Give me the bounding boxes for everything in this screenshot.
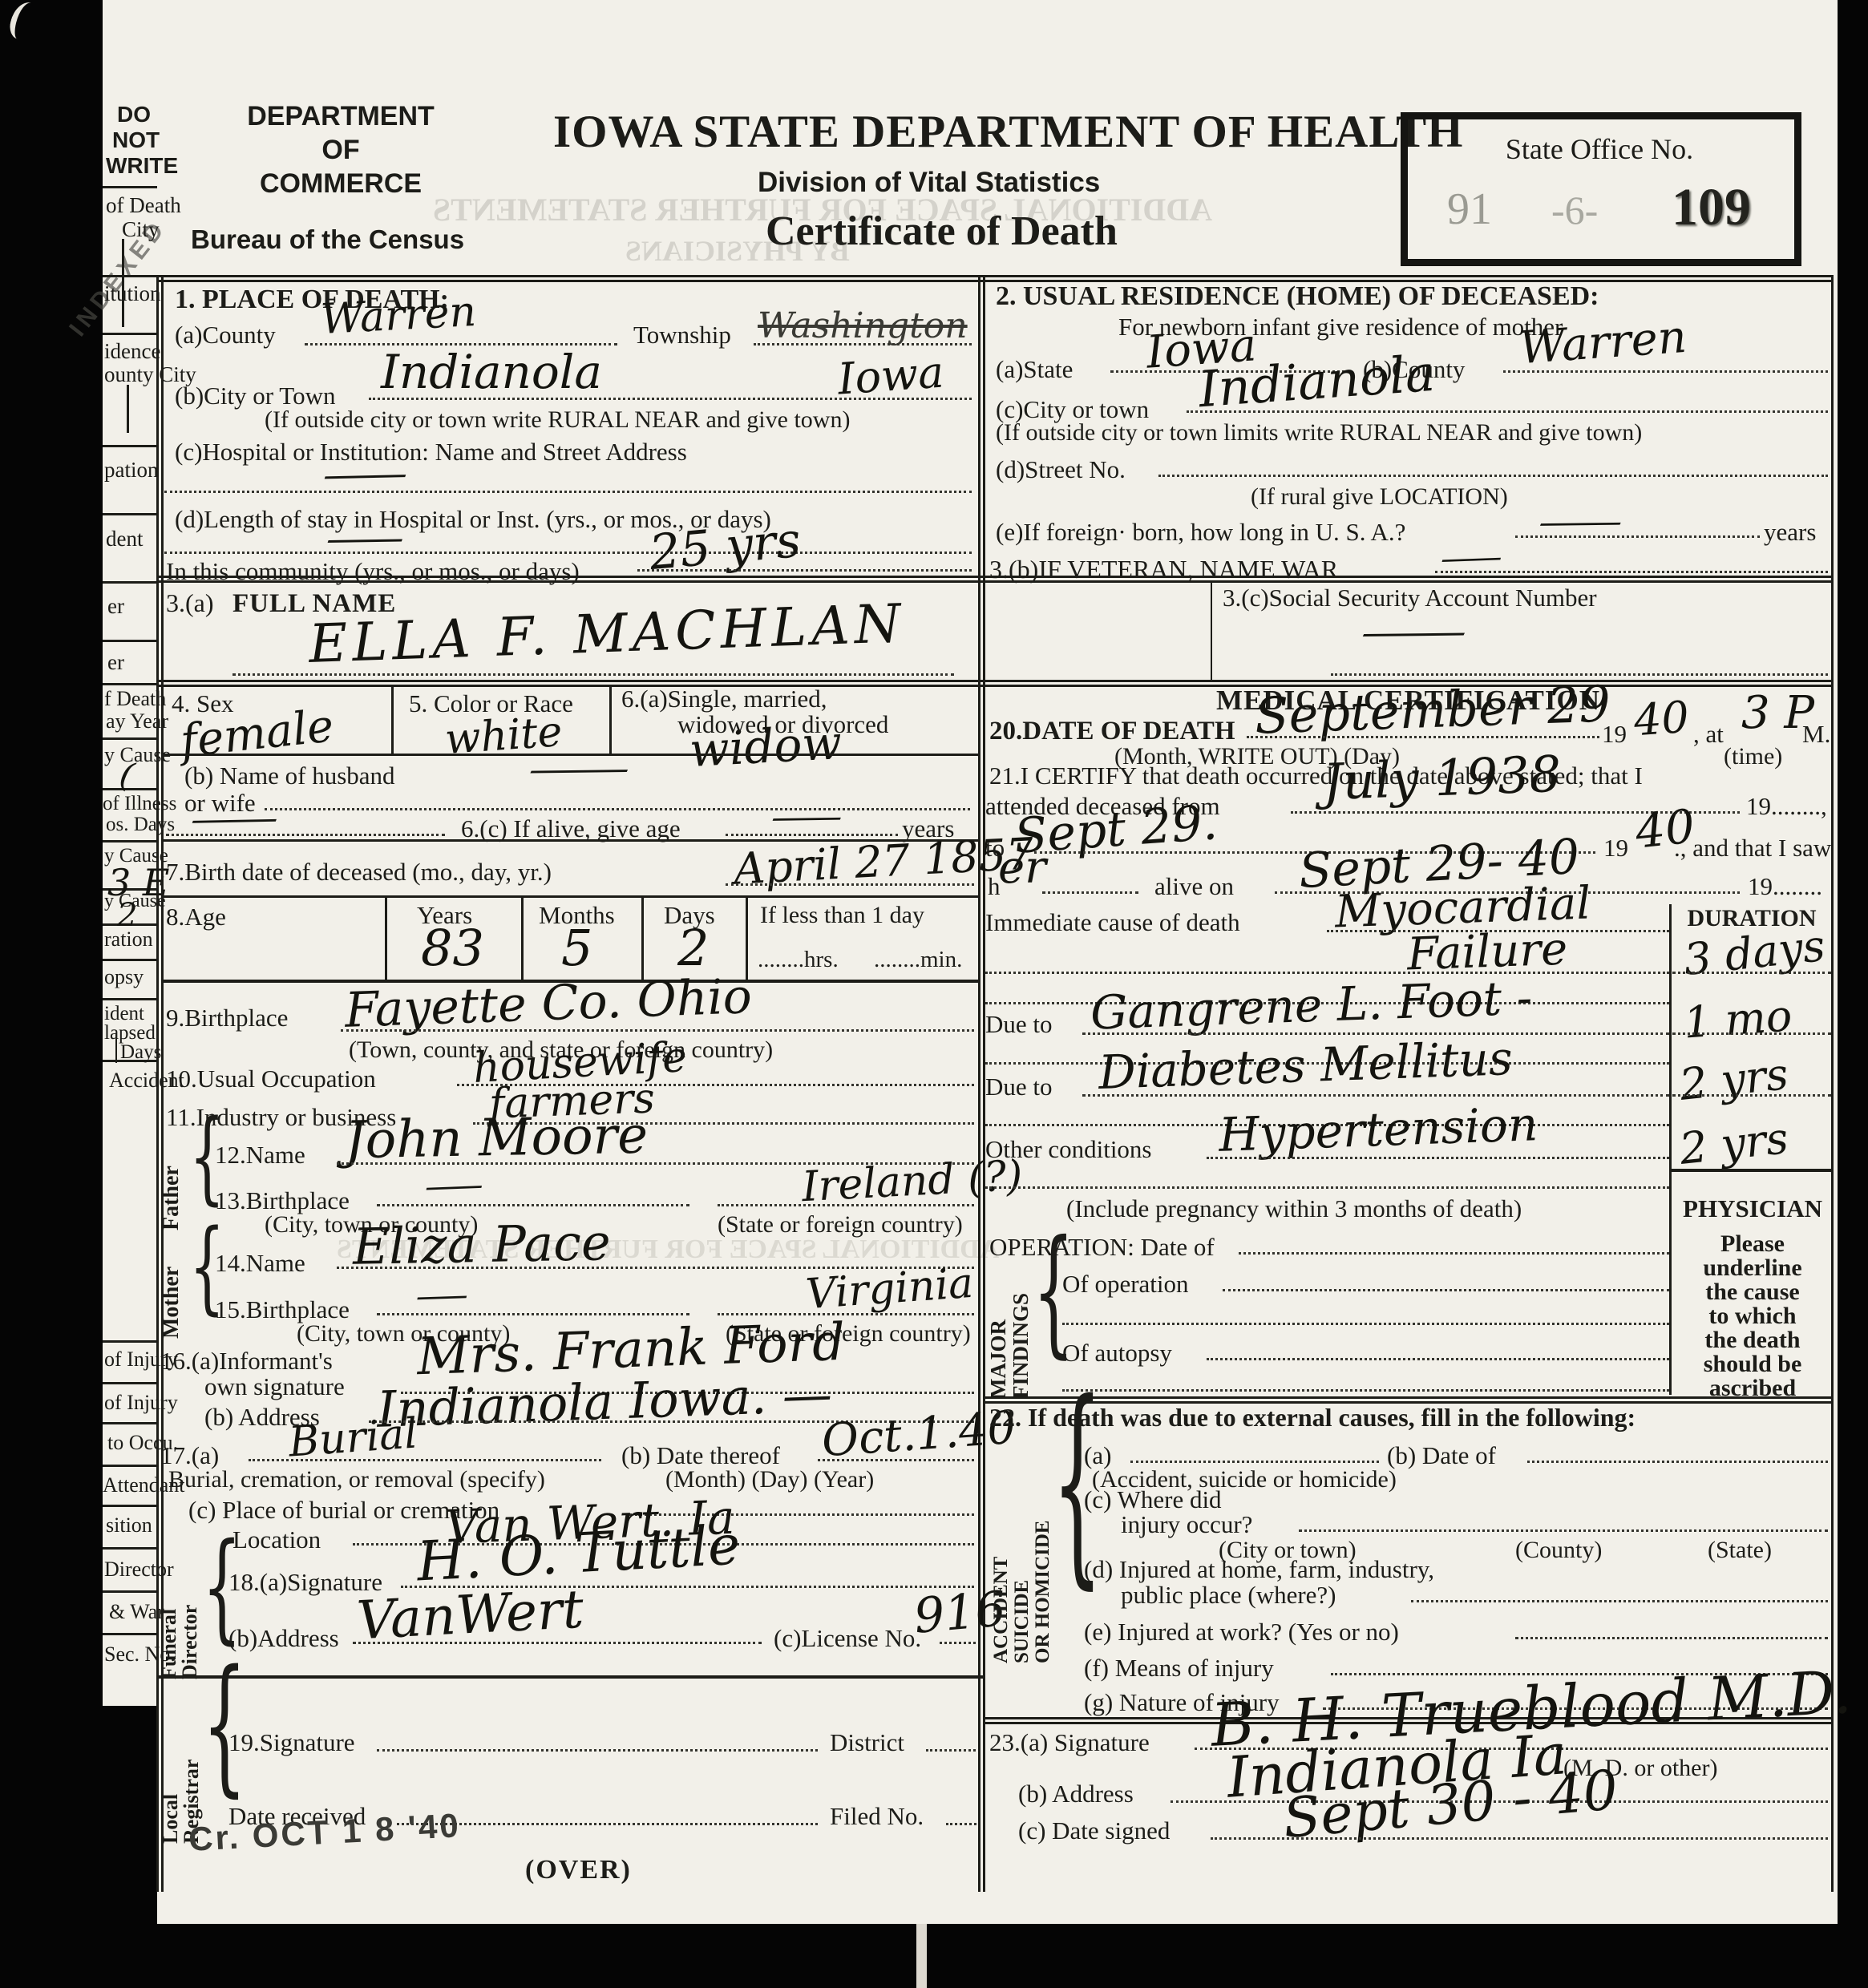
marital-value: widow <box>689 719 843 774</box>
spouse-dash: — <box>186 801 282 838</box>
occupation-label: 10.Usual Occupation <box>166 1066 376 1093</box>
other-conditions-value: Hypertension <box>1218 1101 1538 1158</box>
veteran-dash: — <box>1437 541 1505 576</box>
ext-a-label: (a) <box>1084 1443 1111 1469</box>
age-years-value: 83 <box>421 923 484 973</box>
scan-edge-black <box>103 1706 157 1924</box>
father-birthplace-note: (State or foreign country) <box>718 1212 963 1238</box>
ext-b-label: (b) Date of <box>1387 1443 1496 1469</box>
dept-line: DEPARTMENT <box>224 103 457 131</box>
county-value: Warren <box>320 291 477 341</box>
informant-address-value: Indianola Iowa. — <box>376 1369 833 1435</box>
father-name-label: 12.Name <box>215 1142 305 1169</box>
bleedthrough-text: ADDITIONAL SPACE FOR FURTHER STATEMENTS <box>433 191 1212 228</box>
accident-side-label: OR HOMICIDE <box>1033 1443 1053 1663</box>
informant-label: 16.(a)Informant's <box>160 1348 333 1375</box>
township-label: Township <box>633 322 731 349</box>
margin-cell: Days <box>120 1042 161 1063</box>
father-name-value: John Moore <box>344 1110 648 1167</box>
over-label: (OVER) <box>525 1856 632 1885</box>
registrar-filed-label: Filed No. <box>830 1804 924 1830</box>
age-col-less: If less than 1 day <box>760 903 924 928</box>
fd-license-label: (c)License No. <box>774 1626 921 1652</box>
margin-cell: City <box>122 218 160 240</box>
street-note: (If rural give LOCATION) <box>1251 484 1508 510</box>
margin-cell: of Death <box>106 194 181 216</box>
city-label: (b)City or Town <box>175 383 335 410</box>
funeral-director-side-label: Funeral <box>159 1559 180 1679</box>
birthplace-value: Fayette Co. Ohio <box>344 972 753 1035</box>
to-19: 19 <box>1603 835 1628 862</box>
operation-label: OPERATION: Date of <box>989 1234 1215 1261</box>
date-of-death-label: 20.DATE OF DEATH <box>989 717 1235 745</box>
margin-cell: dent <box>106 527 144 550</box>
duration-value: 2 yrs <box>1678 1053 1790 1107</box>
local-registrar-side-label: Local <box>160 1691 181 1844</box>
informant-label: own signature <box>204 1374 345 1400</box>
registrar-signature-label: 19.Signature <box>228 1730 355 1756</box>
accident-side-label: ACCIDENT <box>991 1443 1011 1663</box>
ext-c-note: (County) <box>1515 1537 1602 1563</box>
ssn-label: 3.(c)Social Security Account Number <box>1223 585 1597 612</box>
dept-line: OF <box>224 136 457 165</box>
spouse-dash: — <box>524 751 634 788</box>
ext-d-label: (d) Injured at home, farm, industry, <box>1084 1557 1434 1583</box>
county-label: (a)County <box>175 322 276 349</box>
local-registrar-bracket: { <box>202 1651 247 1800</box>
due-to-label: Due to <box>985 1012 1053 1038</box>
foreign-suffix: years <box>1764 519 1816 546</box>
state-office-label: State Office No. <box>1411 135 1788 165</box>
immediate-cause-value: Failure <box>1406 927 1568 978</box>
margin-handwriting: 2 <box>117 899 137 931</box>
major-findings-label: MAJOR <box>988 1263 1009 1399</box>
ext-c-note: (State) <box>1708 1537 1772 1563</box>
mother-birthplace-dash: — <box>414 1278 471 1313</box>
foreign-label: (e)If foreign· born, how long in U. S. A… <box>996 519 1405 546</box>
mother-name-label: 14.Name <box>215 1251 305 1277</box>
alive-er-value: er <box>998 846 1046 891</box>
mother-birthplace-value: Virginia <box>804 1263 974 1315</box>
community-value: 25 yrs <box>648 516 803 577</box>
date-of-death-year: 40 <box>1632 696 1690 743</box>
margin-cell: itution <box>104 282 161 305</box>
res-city-note: (If outside city or town limits write RU… <box>996 420 1642 446</box>
fullname-no: 3.(a) <box>166 590 214 617</box>
date-of-death-19: 19 <box>1602 721 1627 748</box>
section2-title: 2. USUAL RESIDENCE (HOME) OF DECEASED: <box>996 282 1599 311</box>
immediate-cause-label: Immediate cause of death <box>985 910 1240 936</box>
physician-note: the cause <box>1672 1279 1833 1305</box>
city-value: Indianola <box>381 349 602 395</box>
pregnancy-note: (Include pregnancy within 3 months of de… <box>1066 1196 1522 1222</box>
due-to-value: Gangrene L. Foot - <box>1090 974 1533 1036</box>
do-not-write: WRITE <box>106 154 178 177</box>
ext-e-label: (e) Injured at work? (Yes or no) <box>1084 1619 1399 1646</box>
mother-birthplace-label: 15.Birthplace <box>215 1297 350 1323</box>
page-title: IOWA STATE DEPARTMENT OF HEALTH <box>553 108 1463 156</box>
res-state-label: (a)State <box>996 357 1073 383</box>
duration-value: 2 yrs <box>1678 1117 1790 1171</box>
margin-cell: er <box>107 651 124 673</box>
physician-header: PHYSICIAN <box>1672 1196 1833 1222</box>
margin-cell: of Illness <box>103 794 176 814</box>
date-of-death-note: (time) <box>1724 744 1782 770</box>
do-not-write: NOT <box>112 128 160 152</box>
hospital-dash: — <box>318 455 411 493</box>
father-birthplace-dash: — <box>422 1168 487 1204</box>
date-of-death-at: , at <box>1693 721 1724 748</box>
alive-19c: 19........ <box>1748 874 1822 900</box>
margin-cell: ration <box>104 928 153 950</box>
other-conditions-label: Other conditions <box>985 1137 1152 1163</box>
margin-cell: er <box>107 595 124 617</box>
attended-19a: 19........, <box>1746 794 1827 820</box>
attended-from-value: July 1938 <box>1322 750 1562 807</box>
funeral-director-side-label: Director <box>180 1559 200 1679</box>
spouse-label: (b) Name of husband <box>184 763 395 790</box>
fold-line <box>916 1924 927 1988</box>
ext-c-label: injury occur? <box>1121 1512 1252 1538</box>
date-of-death-m: M. <box>1802 721 1830 748</box>
age-hrs: ........hrs. <box>758 948 839 972</box>
major-findings-label: FINDINGS <box>1010 1263 1032 1399</box>
state-office-number: 109 <box>1672 180 1751 235</box>
duration-value: 1 mo <box>1682 994 1793 1045</box>
age-min: ........min. <box>874 948 962 972</box>
physician-note: underline <box>1672 1255 1833 1281</box>
physician-note: to which <box>1672 1303 1833 1329</box>
age-days-value: 2 <box>677 923 709 973</box>
state-value: Iowa <box>836 350 945 401</box>
disposal-note: Burial, cremation, or removal (specify) <box>168 1467 545 1493</box>
disposal-date-note: (Month) (Day) (Year) <box>665 1467 874 1493</box>
foreign-dash: — <box>1535 504 1626 539</box>
disposal-no: 17.(a) <box>160 1443 219 1469</box>
due-to-value: Diabetes Mellitus <box>1098 1035 1513 1096</box>
margin-cell: idence <box>104 340 160 362</box>
street-label: (d)Street No. <box>996 457 1126 483</box>
bureau: Bureau of the Census <box>191 226 464 254</box>
accident-side-label: SUICIDE <box>1012 1443 1032 1663</box>
saw-text: ., and that I saw <box>1674 835 1831 862</box>
alive-on-label: alive on <box>1154 874 1234 900</box>
bleedthrough-text: BY PHYSICIANS <box>625 234 850 268</box>
ext-c-label: (c) Where did <box>1084 1487 1222 1513</box>
father-side-label: Father <box>160 1134 183 1230</box>
physician-note: Please <box>1672 1231 1833 1257</box>
hospital-label: (c)Hospital or Institution: Name and Str… <box>175 439 687 466</box>
death-certificate-scan: DO NOT WRITE INDEXED of Death City ituti… <box>0 0 1868 1988</box>
margin-cell: os. Days <box>106 814 175 835</box>
age-if-alive-label: 6.(c) If alive, give age <box>461 816 681 842</box>
margin-cell: sition <box>106 1514 152 1536</box>
res-county-value: Warren <box>1518 315 1688 371</box>
dept-line: COMMERCE <box>224 170 457 199</box>
township-value: Washington <box>758 309 968 344</box>
disposal-value: Burial <box>287 1412 418 1463</box>
ext-f-label: (f) Means of injury <box>1084 1655 1274 1682</box>
physician-note: should be <box>1672 1352 1833 1377</box>
do-not-write: DO <box>117 103 151 126</box>
city-note: (If outside city or town write RURAL NEA… <box>265 407 850 433</box>
of-operation-label: Of operation <box>1062 1271 1189 1298</box>
marital-label: 6.(a)Single, married, <box>621 686 827 713</box>
father-birthplace-label: 13.Birthplace <box>215 1188 350 1214</box>
date-signed-label: (c) Date signed <box>1018 1818 1170 1845</box>
scan-scratch <box>7 0 42 42</box>
due-to-label: Due to <box>985 1074 1053 1101</box>
birthplace-label: 9.Birthplace <box>166 1005 288 1032</box>
physician-address-label: (b) Address <box>1018 1781 1134 1808</box>
age-if-alive-dash: — <box>768 799 845 834</box>
mother-side-label: Mother <box>160 1242 183 1339</box>
burial-location-label: Location <box>232 1527 321 1554</box>
disposal-date-value: Oct.1.40 <box>820 1406 1017 1465</box>
mother-name-value: Eliza Pace <box>352 1218 611 1272</box>
age-label: 8.Age <box>166 904 226 931</box>
fd-address-value: VanWert <box>355 1583 584 1648</box>
margin-cell: opsy <box>104 966 144 988</box>
disposal-date-label: (b) Date thereof <box>621 1443 780 1469</box>
physician-signature-label: 23.(a) Signature <box>989 1730 1150 1756</box>
date-of-death-value: September 29 <box>1254 679 1611 741</box>
physician-note: the death <box>1672 1327 1833 1353</box>
margin-cell: pation <box>104 459 159 481</box>
age-months-value: 5 <box>561 923 592 973</box>
state-office-stamp-faint: -6- <box>1551 189 1598 232</box>
margin-cell: of Injury <box>104 1392 178 1413</box>
ext-d-label: public place (where?) <box>1121 1582 1336 1609</box>
ssn-dash: — <box>1357 612 1471 651</box>
state-office-stamp-faint: 91 <box>1447 186 1492 233</box>
birthdate-label: 7.Birth date of deceased (mo., day, yr.) <box>166 859 552 886</box>
registrar-district-label: District <box>830 1730 904 1756</box>
